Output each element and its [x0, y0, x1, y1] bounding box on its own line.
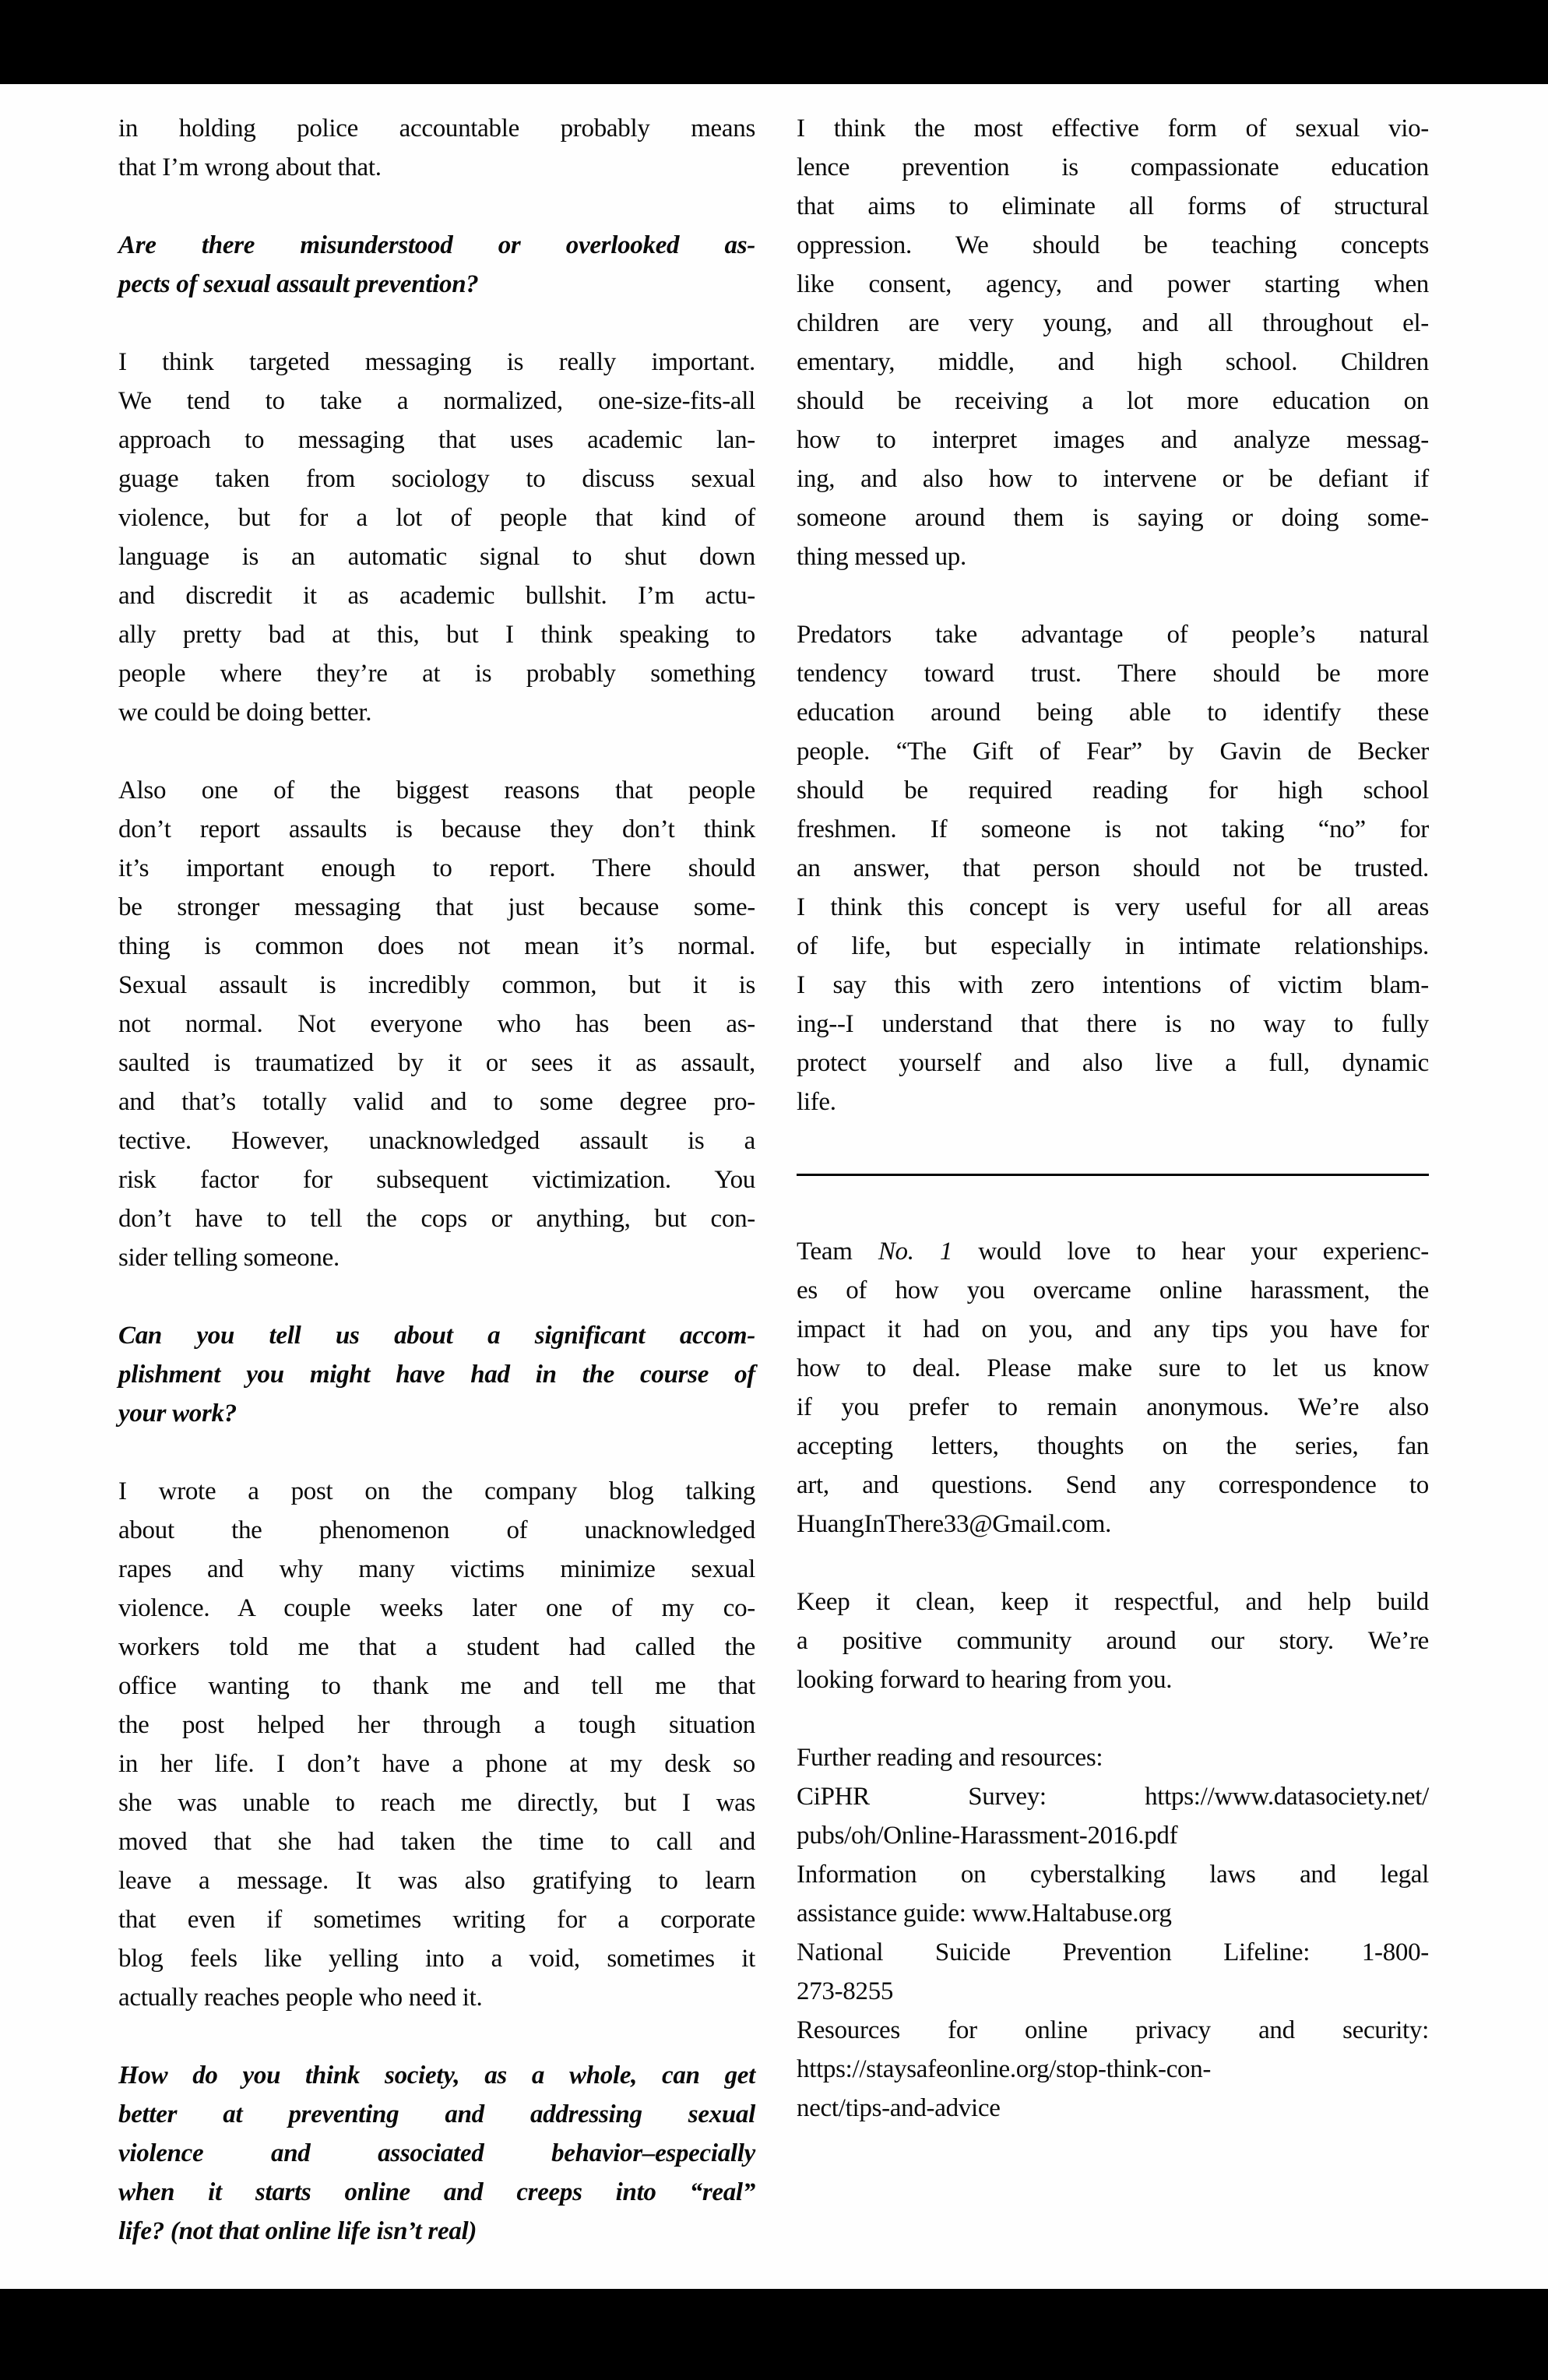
question-line: when it starts online and creeps into “r…: [118, 2173, 755, 2212]
text-line: people where they’re at is probably some…: [118, 654, 755, 693]
bottom-black-bar: [0, 2289, 1548, 2380]
text-line: ementary, middle, and high school. Child…: [797, 343, 1429, 382]
interview-question: How do you think society, as a whole, ca…: [118, 2056, 755, 2251]
paragraph: Keep it clean, keep it respectful, and h…: [797, 1583, 1429, 1699]
text-line: Keep it clean, keep it respectful, and h…: [797, 1583, 1429, 1621]
text-line: in her life. I don’t have a phone at my …: [118, 1745, 755, 1783]
text-line: moved that she had taken the time to cal…: [118, 1822, 755, 1861]
text-line: should be required reading for high scho…: [797, 771, 1429, 810]
text-line: we could be doing better.: [118, 693, 755, 732]
text-line: approach to messaging that uses academic…: [118, 421, 755, 459]
text-line: if you prefer to remain anonymous. We’re…: [797, 1388, 1429, 1427]
question-line: violence and associated behavior–especia…: [118, 2134, 755, 2173]
paragraph: I wrote a post on the company blog talki…: [118, 1472, 755, 2017]
text-line: not normal. Not everyone who has been as…: [118, 1005, 755, 1044]
text-line: in holding police accountable probably m…: [118, 109, 755, 148]
text-line: Sexual assault is incredibly common, but…: [118, 966, 755, 1005]
question-line: Can you tell us about a significant acco…: [118, 1316, 755, 1355]
interview-question: Can you tell us about a significant acco…: [118, 1316, 755, 1433]
text-line: Predators take advantage of people’s nat…: [797, 615, 1429, 654]
paragraph: Further reading and resources:CiPHR Surv…: [797, 1738, 1429, 2128]
question-line: Are there misunderstood or overlooked as…: [118, 226, 755, 265]
text-line: violence, but for a lot of people that k…: [118, 498, 755, 537]
text-line: blog feels like yelling into a void, som…: [118, 1939, 755, 1978]
text-line: violence. A couple weeks later one of my…: [118, 1589, 755, 1628]
text-line: https://staysafeonline.org/stop-think-co…: [797, 2050, 1429, 2089]
text-line: National Suicide Prevention Lifeline: 1-…: [797, 1933, 1429, 1972]
text-line: and that’s totally valid and to some deg…: [118, 1083, 755, 1121]
text-line: of life, but especially in intimate rela…: [797, 927, 1429, 966]
text-line: actually reaches people who need it.: [118, 1978, 755, 2017]
text-line: Also one of the biggest reasons that peo…: [118, 771, 755, 810]
text-line: Resources for online privacy and securit…: [797, 2011, 1429, 2050]
text-line: workers told me that a student had calle…: [118, 1628, 755, 1667]
text-line: protect yourself and also live a full, d…: [797, 1044, 1429, 1083]
text-line: Team No. 1 would love to hear your exper…: [797, 1232, 1429, 1271]
question-line: better at preventing and addressing sexu…: [118, 2095, 755, 2134]
text-line: thing messed up.: [797, 537, 1429, 576]
paragraph: I think targeted messaging is really imp…: [118, 343, 755, 732]
question-line: life? (not that online life isn’t real): [118, 2212, 755, 2251]
text-line: guage taken from sociology to discuss se…: [118, 459, 755, 498]
text-line: I think targeted messaging is really imp…: [118, 343, 755, 382]
text-line: oppression. We should be teaching concep…: [797, 226, 1429, 265]
text-line: people. “The Gift of Fear” by Gavin de B…: [797, 732, 1429, 771]
text-line: 273-8255: [797, 1972, 1429, 2011]
italic-phrase: No. 1: [878, 1238, 952, 1266]
text-line: thing is common does not mean it’s norma…: [118, 927, 755, 966]
paragraph: Team No. 1 would love to hear your exper…: [797, 1232, 1429, 1544]
text-line: art, and questions. Send any corresponde…: [797, 1466, 1429, 1505]
text-line: don’t have to tell the cops or anything,…: [118, 1199, 755, 1238]
text-line: I wrote a post on the company blog talki…: [118, 1472, 755, 1511]
text-line: pubs/oh/Online-Harassment-2016.pdf: [797, 1816, 1429, 1855]
text-line: freshmen. If someone is not taking “no” …: [797, 810, 1429, 849]
text-line: tendency toward trust. There should be m…: [797, 654, 1429, 693]
zine-page: in holding police accountable probably m…: [0, 0, 1548, 2380]
text-line: ing--I understand that there is no way t…: [797, 1005, 1429, 1044]
interview-question: Are there misunderstood or overlooked as…: [118, 226, 755, 304]
text-line: I say this with zero intentions of victi…: [797, 966, 1429, 1005]
text-line: the post helped her through a tough situ…: [118, 1706, 755, 1745]
text-line: life.: [797, 1083, 1429, 1121]
text-line: assistance guide: www.Haltabuse.org: [797, 1894, 1429, 1933]
text-line: it’s important enough to report. There s…: [118, 849, 755, 888]
text-line: how to deal. Please make sure to let us …: [797, 1349, 1429, 1388]
text-line: sider telling someone.: [118, 1238, 755, 1277]
text-line: that aims to eliminate all forms of stru…: [797, 187, 1429, 226]
text-line: that I’m wrong about that.: [118, 148, 755, 187]
text-line: about the phenomenon of unacknowledged: [118, 1511, 755, 1550]
text-line: language is an automatic signal to shut …: [118, 537, 755, 576]
left-column: in holding police accountable probably m…: [118, 109, 755, 2251]
paragraph: in holding police accountable probably m…: [118, 109, 755, 187]
text-line: ally pretty bad at this, but I think spe…: [118, 615, 755, 654]
section-divider-rule: [797, 1174, 1429, 1176]
text-line: es of how you overcame online harassment…: [797, 1271, 1429, 1310]
text-line: nect/tips-and-advice: [797, 2089, 1429, 2128]
question-line: your work?: [118, 1394, 755, 1433]
text-line: and discredit it as academic bullshit. I…: [118, 576, 755, 615]
text-line: don’t report assaults is because they do…: [118, 810, 755, 849]
text-line: how to interpret images and analyze mess…: [797, 421, 1429, 459]
text-line: leave a message. It was also gratifying …: [118, 1861, 755, 1900]
text-line: an answer, that person should not be tru…: [797, 849, 1429, 888]
text-line: accepting letters, thoughts on the serie…: [797, 1427, 1429, 1466]
text-line: rapes and why many victims minimize sexu…: [118, 1550, 755, 1589]
text-line: ing, and also how to intervene or be def…: [797, 459, 1429, 498]
text-line: looking forward to hearing from you.: [797, 1660, 1429, 1699]
text-line: lence prevention is compassionate educat…: [797, 148, 1429, 187]
text-line: office wanting to thank me and tell me t…: [118, 1667, 755, 1706]
text-line: I think the most effective form of sexua…: [797, 109, 1429, 148]
page-content: in holding police accountable probably m…: [118, 109, 1441, 2251]
text-line: a positive community around our story. W…: [797, 1621, 1429, 1660]
question-line: How do you think society, as a whole, ca…: [118, 2056, 755, 2095]
text-line: children are very young, and all through…: [797, 304, 1429, 343]
text-line: HuangInThere33@Gmail.com.: [797, 1505, 1429, 1544]
text-line: CiPHR Survey: https://www.datasociety.ne…: [797, 1777, 1429, 1816]
text-line: education around being able to identify …: [797, 693, 1429, 732]
text-line: tective. However, unacknowledged assault…: [118, 1121, 755, 1160]
text-line: I think this concept is very useful for …: [797, 888, 1429, 927]
text-line: that even if sometimes writing for a cor…: [118, 1900, 755, 1939]
question-line: pects of sexual assault prevention?: [118, 265, 755, 304]
text-line: risk factor for subsequent victimization…: [118, 1160, 755, 1199]
top-black-bar: [0, 0, 1548, 84]
text-line: impact it had on you, and any tips you h…: [797, 1310, 1429, 1349]
text-line: she was unable to reach me directly, but…: [118, 1783, 755, 1822]
text-line: We tend to take a normalized, one-size-f…: [118, 382, 755, 421]
text-line: saulted is traumatized by it or sees it …: [118, 1044, 755, 1083]
paragraph: Also one of the biggest reasons that peo…: [118, 771, 755, 1277]
question-line: plishment you might have had in the cour…: [118, 1355, 755, 1394]
paragraph: Predators take advantage of people’s nat…: [797, 615, 1429, 1121]
text-line: Further reading and resources:: [797, 1738, 1429, 1777]
text-line: be stronger messaging that just because …: [118, 888, 755, 927]
paragraph: I think the most effective form of sexua…: [797, 109, 1429, 576]
text-line: someone around them is saying or doing s…: [797, 498, 1429, 537]
text-line: should be receiving a lot more education…: [797, 382, 1429, 421]
text-line: Information on cyberstalking laws and le…: [797, 1855, 1429, 1894]
right-column: I think the most effective form of sexua…: [797, 109, 1429, 2251]
text-line: like consent, agency, and power starting…: [797, 265, 1429, 304]
